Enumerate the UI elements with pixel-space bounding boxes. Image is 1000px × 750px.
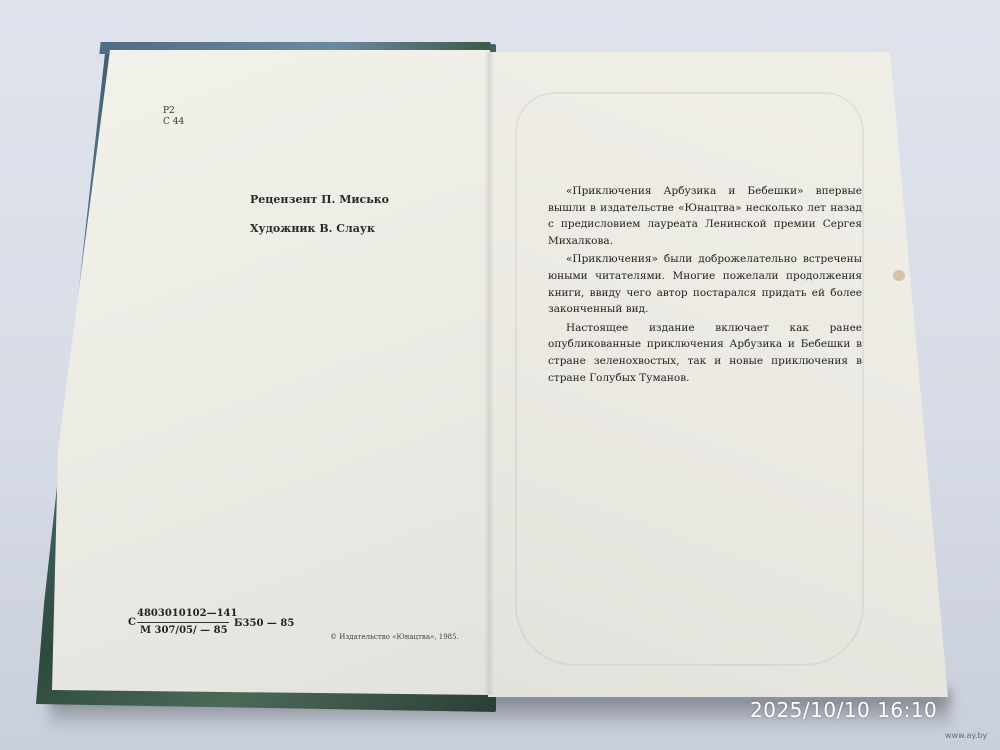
preface-paragraph: «Приключения» были доброжелательно встре…	[548, 251, 862, 317]
reviewer-credit: Рецензент П. Мисько	[250, 193, 389, 206]
preface-text: «Приключения Арбузика и Бебешки» впервые…	[548, 183, 862, 386]
classification-code: Р2 С 44	[163, 106, 184, 128]
isbn-suffix: Б350 — 85	[234, 618, 294, 629]
isbn-numerator: 4803010102—141	[137, 608, 237, 619]
site-watermark: www.ay.by	[945, 731, 987, 740]
illustrator-credit: Художник В. Слаук	[250, 222, 375, 235]
classification-line-2: С 44	[163, 117, 184, 128]
classification-line-1: Р2	[163, 106, 184, 117]
preface-paragraph: «Приключения Арбузика и Бебешки» впервые…	[548, 183, 862, 249]
isbn-prefix: С	[128, 617, 136, 628]
book-gutter	[484, 52, 494, 695]
isbn-denominator: М 307/05/ — 85	[140, 625, 228, 636]
left-page	[52, 50, 490, 695]
copyright-line: © Издательство «Юнацтва», 1985.	[330, 633, 459, 641]
paper-stain	[893, 270, 905, 281]
preface-paragraph: Настоящее издание включает как ранее опу…	[548, 320, 862, 386]
photo-timestamp: 2025/10/10 16:10	[750, 698, 937, 722]
isbn-fraction-line	[137, 622, 229, 623]
